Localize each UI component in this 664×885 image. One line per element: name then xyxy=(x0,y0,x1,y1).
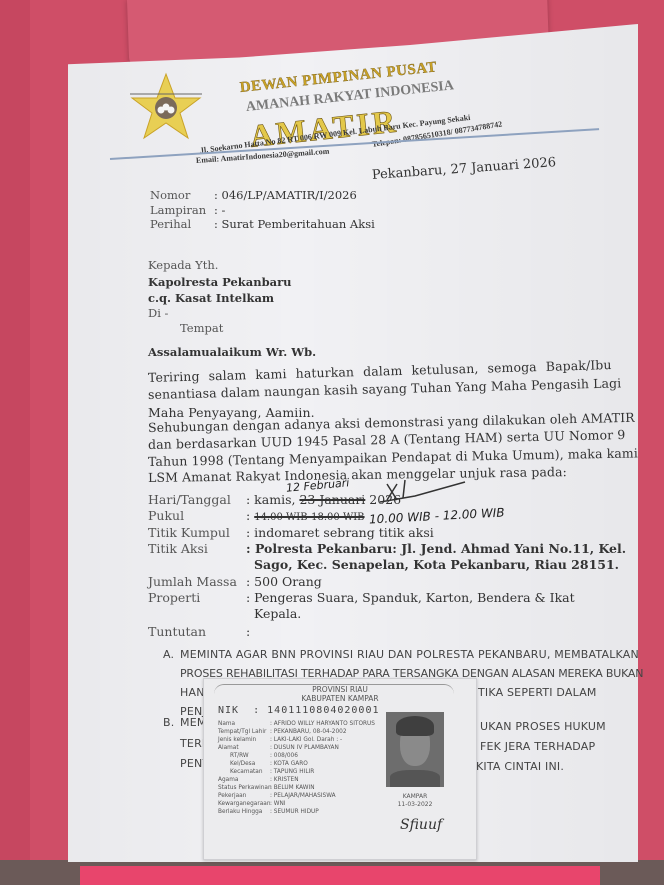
id-field: Agama: KRISTEN xyxy=(218,777,299,783)
detail-label: Tuntutan xyxy=(148,624,246,639)
detail-hari-tanggal: Hari/Tanggal: kamis, 23 Januari 2026 xyxy=(148,492,401,507)
detail-properti-cont: Kepala. xyxy=(254,606,301,621)
id-card-photocopy: PROVINSI RIAU KABUPATEN KAMPAR NIK : 140… xyxy=(203,678,477,860)
detail-value: : kamis, xyxy=(246,492,295,507)
id-field-value: : DUSUN IV PLAMBAYAN xyxy=(270,745,339,751)
id-issue-place: KAMPAR xyxy=(386,793,444,800)
id-field-key: Tempat/Tgl Lahir xyxy=(218,729,270,735)
id-field-value: : BELUM KAWIN xyxy=(270,785,315,791)
id-field-value: : PEKANBARU, 08-04-2002 xyxy=(270,729,347,735)
id-field: Nama: AFRIDO WILLY HARYANTO SITORUS xyxy=(218,721,375,727)
demand-line: MEMINTA AGAR BNN PROVINSI RIAU DAN POLRE… xyxy=(180,648,639,661)
id-issue-date: 11-03-2022 xyxy=(386,801,444,808)
id-field-key: Nama xyxy=(218,721,270,727)
id-card-nik: NIK : 1401110804020001 xyxy=(218,705,379,716)
id-field-value: : PELAJAR/MAHASISWA xyxy=(270,793,336,799)
detail-tuntutan: Tuntutan: xyxy=(148,624,250,639)
id-card-regency: KABUPATEN KAMPAR xyxy=(204,694,476,703)
nik-label: NIK xyxy=(218,705,239,716)
detail-value: : Pengeras Suara, Spanduk, Karton, Bende… xyxy=(246,590,575,605)
detail-value: : indomaret sebrang titik aksi xyxy=(246,525,434,540)
id-field: Tempat/Tgl Lahir: PEKANBARU, 08-04-2002 xyxy=(218,729,347,735)
photo-body xyxy=(390,770,440,787)
demand-marker-b: B. xyxy=(163,716,174,729)
detail-label: Hari/Tanggal xyxy=(148,492,246,507)
demand-line-fragment: FEK JERA TERHADAP xyxy=(480,740,595,753)
id-field-value: : 008/006 xyxy=(270,753,298,759)
star-logo-icon xyxy=(130,72,202,140)
recipient-greeting: Kepada Yth. xyxy=(148,258,218,272)
detail-titik-aksi-cont: Sago, Kec. Senapelan, Kota Pekanbaru, Ri… xyxy=(254,557,619,572)
detail-value: : 500 Orang xyxy=(246,574,322,589)
id-field: Berlaku Hingga: SEUMUR HIDUP xyxy=(218,809,319,815)
id-card-province: PROVINSI RIAU xyxy=(204,685,476,694)
id-field: Alamat: DUSUN IV PLAMBAYAN xyxy=(218,745,339,751)
detail-jumlah-massa: Jumlah Massa: 500 Orang xyxy=(148,574,322,589)
detail-titik-kumpul: Titik Kumpul: indomaret sebrang titik ak… xyxy=(148,525,434,540)
recipient-cq: c.q. Kasat Intelkam xyxy=(148,291,274,305)
id-field-key: Pekerjaan xyxy=(218,793,270,799)
id-field-key: Kel/Desa xyxy=(218,761,270,767)
struck-date: 23 Januari xyxy=(299,492,365,507)
id-field: Status Perkawinan: BELUM KAWIN xyxy=(218,785,315,791)
recipient-di: Di - xyxy=(148,306,168,320)
id-field-value: : TAPUNG HILIR xyxy=(270,769,314,775)
detail-label: Titik Aksi xyxy=(148,541,246,556)
id-field: RT/RW: 008/006 xyxy=(218,753,298,759)
demand-marker-a: A. xyxy=(163,648,174,661)
meta-value: : - xyxy=(214,203,225,217)
meta-perihal: Perihal: Surat Pemberitahuan Aksi xyxy=(150,217,375,231)
id-field-value: : SEUMUR HIDUP xyxy=(270,809,319,815)
meta-value: : 046/LP/AMATIR/I/2026 xyxy=(214,188,357,202)
struck-time: 14.00 WIB-18.00 WIB xyxy=(254,512,364,523)
meta-value: : Surat Pemberitahuan Aksi xyxy=(214,217,375,231)
handwritten-initial-icon xyxy=(375,474,475,504)
recipient-name: Kapolresta Pekanbaru xyxy=(148,275,292,289)
demand-line-fragment: KITA CINTAI INI. xyxy=(476,760,564,773)
id-field-key: Alamat xyxy=(218,745,270,751)
demand-line-fragment: UKAN PROSES HUKUM xyxy=(480,720,606,733)
detail-titik-aksi: Titik Aksi: Polresta Pekanbaru: Jl. Jend… xyxy=(148,541,626,556)
id-field: Kewarganegaraan: WNI xyxy=(218,801,286,807)
id-field-key: Status Perkawinan xyxy=(218,785,270,791)
meta-label: Lampiran xyxy=(150,203,214,217)
salam: Assalamualaikum Wr. Wb. xyxy=(148,345,316,359)
letter-content: DEWAN PIMPINAN PUSAT AMANAH RAKYAT INDON… xyxy=(0,0,664,885)
meta-nomor: Nomor: 046/LP/AMATIR/I/2026 xyxy=(150,188,357,202)
detail-value: : xyxy=(246,624,250,639)
detail-pukul: Pukul: 14.00 WIB-18.00 WIB 10.00 WIB - 1… xyxy=(148,508,504,523)
id-photo xyxy=(386,712,444,787)
detail-value: : xyxy=(246,508,250,523)
id-field-key: Kecamatan xyxy=(218,769,270,775)
id-field-value: : WNI xyxy=(270,801,286,807)
id-signature: Sfiuuf xyxy=(400,817,442,833)
photo-hair xyxy=(396,716,434,736)
handwritten-time: 10.00 WIB - 12.00 WIB xyxy=(368,505,504,526)
id-field: Kecamatan: TAPUNG HILIR xyxy=(218,769,314,775)
id-field-key: Agama xyxy=(218,777,270,783)
place-date: Pekanbaru, 27 Januari 2026 xyxy=(371,155,556,183)
id-field-key: Berlaku Hingga xyxy=(218,809,270,815)
id-field-key: Kewarganegaraan xyxy=(218,801,270,807)
id-field-value: : LAKI-LAKI Gol. Darah : - xyxy=(270,737,342,743)
nik-value: : 1401110804020001 xyxy=(253,705,379,716)
detail-properti: Properti: Pengeras Suara, Spanduk, Karto… xyxy=(148,590,575,605)
demand-line-fragment: TIKA SEPERTI DALAM xyxy=(478,686,597,699)
id-field: Pekerjaan: PELAJAR/MAHASISWA xyxy=(218,793,336,799)
detail-value: : Polresta Pekanbaru: Jl. Jend. Ahmad Ya… xyxy=(246,541,626,556)
id-field-value: : KRISTEN xyxy=(270,777,299,783)
id-field-value: : KOTA GARO xyxy=(270,761,308,767)
recipient-tempat: Tempat xyxy=(180,321,223,335)
id-field: Kel/Desa: KOTA GARO xyxy=(218,761,308,767)
detail-label: Jumlah Massa xyxy=(148,574,246,589)
id-field-value: : AFRIDO WILLY HARYANTO SITORUS xyxy=(270,721,375,727)
id-field-key: Jenis kelamin xyxy=(218,737,270,743)
meta-lampiran: Lampiran: - xyxy=(150,203,225,217)
id-field-key: RT/RW xyxy=(218,753,270,759)
detail-label: Properti xyxy=(148,590,246,605)
detail-label: Titik Kumpul xyxy=(148,525,246,540)
meta-label: Perihal xyxy=(150,217,214,231)
id-field: Jenis kelamin: LAKI-LAKI Gol. Darah : - xyxy=(218,737,342,743)
meta-label: Nomor xyxy=(150,188,214,202)
detail-label: Pukul xyxy=(148,508,246,523)
